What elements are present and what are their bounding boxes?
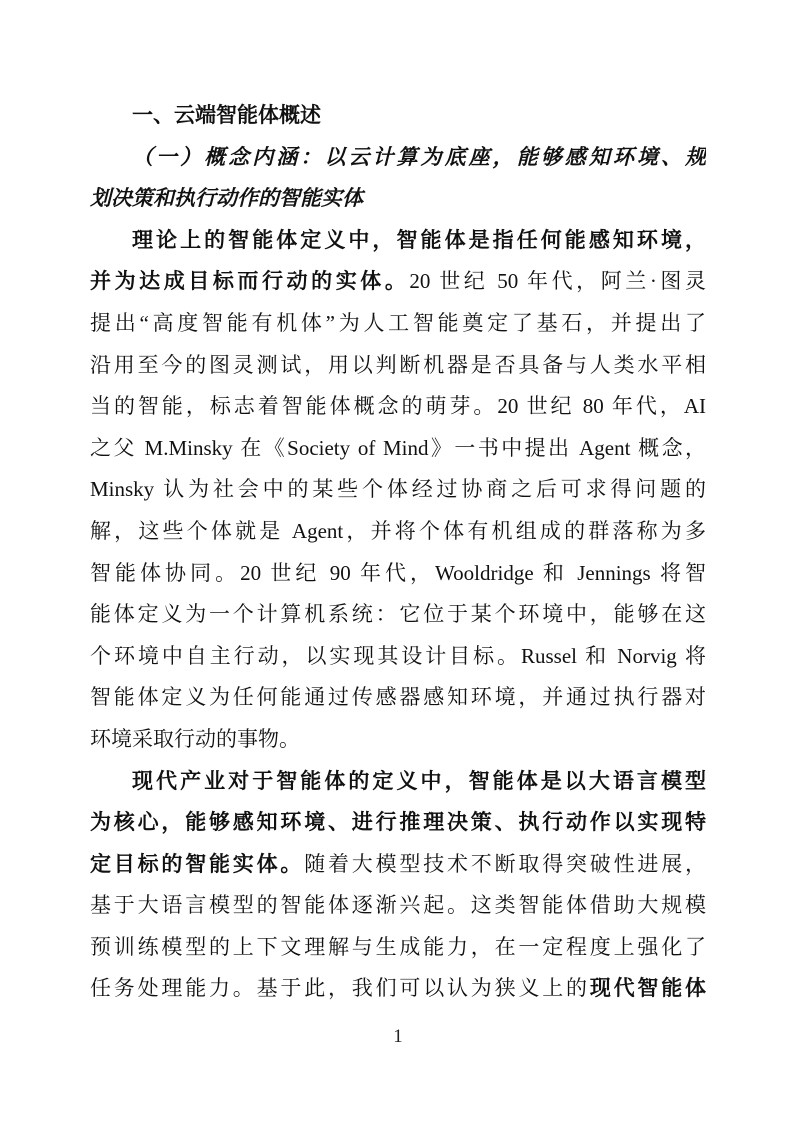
text-line: Minsky 认为社会中的某些个体经过协商之后可求得问题的 [90, 469, 706, 511]
text-line: 沿用至今的图灵测试，用以判断机器是否具备与人类水平相 [90, 345, 706, 387]
text-segment: 提出“高度智能有机体”为人工智能奠定了基石，并提出了 [90, 311, 706, 335]
text-segment: 当的智能，标志着智能体概念的萌芽。20 世纪 80 年代，AI [90, 394, 706, 418]
text-line: 之父 M.Minsky 在《Society of Mind》一书中提出 Agen… [90, 428, 706, 470]
text-segment: 智能体协同。20 世纪 90 年代，Wooldridge 和 Jennings … [90, 561, 706, 585]
text-line: 智能体协同。20 世纪 90 年代，Wooldridge 和 Jennings … [90, 553, 706, 595]
text-segment: 基于大语言模型的智能体逐渐兴起。这类智能体借助大规模 [90, 893, 706, 917]
text-line: 环境采取行动的事物。 [90, 719, 706, 761]
text-segment: 任务处理能力。基于此，我们可以认为狭义上的 [90, 976, 590, 1000]
text-segment: 并为达成目标而行动的实体。 [90, 270, 409, 293]
text-line: 并为达成目标而行动的实体。20 世纪 50 年代，阿兰·图灵 [90, 261, 706, 303]
text-line: 智能体定义为任何能通过传感器感知环境，并通过执行器对 [90, 677, 706, 719]
text-line: 解，这些个体就是 Agent，并将个体有机组成的群落称为多 [90, 511, 706, 553]
text-line: 基于大语言模型的智能体逐渐兴起。这类智能体借助大规模 [90, 885, 706, 927]
text-line: 当的智能，标志着智能体概念的萌芽。20 世纪 80 年代，AI [90, 386, 706, 428]
document-page: 一、云端智能体概述（一）概念内涵：以云计算为底座，能够感知环境、规划决策和执行动… [0, 0, 794, 1123]
text-line: 个环境中自主行动，以实现其设计目标。Russel 和 Norvig 将 [90, 636, 706, 678]
text-segment: Minsky 认为社会中的某些个体经过协商之后可求得问题的 [90, 477, 706, 501]
text-segment: 划决策和执行动作的智能实体 [90, 186, 363, 210]
text-line: 理论上的智能体定义中，智能体是指任何能感知环境， [90, 220, 706, 262]
text-segment: 定目标的智能实体。 [90, 853, 304, 876]
text-segment: 之父 M.Minsky 在《Society of Mind》一书中提出 Agen… [90, 436, 706, 460]
text-line: 划决策和执行动作的智能实体 [90, 178, 706, 220]
text-line: 预训练模型的上下文理解与生成能力，在一定程度上强化了 [90, 927, 706, 969]
text-line: 为核心，能够感知环境、进行推理决策、执行动作以实现特 [90, 802, 706, 844]
text-segment: 一、云端智能体概述 [132, 104, 321, 127]
page-number: 1 [393, 1026, 403, 1047]
text-line: 一、云端智能体概述 [90, 95, 706, 137]
text-segment: 环境采取行动的事物。 [90, 727, 300, 751]
text-line: 提出“高度智能有机体”为人工智能奠定了基石，并提出了 [90, 303, 706, 345]
text-segment: 沿用至今的图灵测试，用以判断机器是否具备与人类水平相 [90, 353, 706, 377]
text-segment: 现代产业对于智能体的定义中，智能体是以大语言模型 [132, 770, 706, 793]
text-segment: 预训练模型的上下文理解与生成能力，在一定程度上强化了 [90, 935, 706, 959]
text-segment: 解，这些个体就是 Agent，并将个体有机组成的群落称为多 [90, 519, 706, 543]
text-line: 任务处理能力。基于此，我们可以认为狭义上的现代智能体 [90, 968, 706, 1010]
text-body: 一、云端智能体概述（一）概念内涵：以云计算为底座，能够感知环境、规划决策和执行动… [90, 95, 706, 1010]
text-segment: 20 世纪 50 年代，阿兰·图灵 [409, 269, 706, 293]
text-line: 现代产业对于智能体的定义中，智能体是以大语言模型 [90, 761, 706, 803]
text-segment: 随着大模型技术不断取得突破性进展， [304, 852, 706, 876]
text-segment: 能体定义为一个计算机系统：它位于某个环境中，能够在这 [90, 602, 706, 626]
text-line: 能体定义为一个计算机系统：它位于某个环境中，能够在这 [90, 594, 706, 636]
text-line: 定目标的智能实体。随着大模型技术不断取得突破性进展， [90, 844, 706, 886]
text-segment: 为核心，能够感知环境、进行推理决策、执行动作以实现特 [90, 811, 706, 834]
text-segment: （一）概念内涵：以云计算为底座，能够感知环境、规 [132, 145, 706, 169]
text-line: （一）概念内涵：以云计算为底座，能够感知环境、规 [90, 137, 706, 179]
text-segment: 现代智能体 [590, 977, 706, 1000]
page-footer: 1 [90, 1025, 706, 1049]
text-segment: 理论上的智能体定义中，智能体是指任何能感知环境， [132, 229, 706, 252]
text-segment: 个环境中自主行动，以实现其设计目标。Russel 和 Norvig 将 [90, 644, 706, 668]
text-segment: 智能体定义为任何能通过传感器感知环境，并通过执行器对 [90, 685, 706, 709]
